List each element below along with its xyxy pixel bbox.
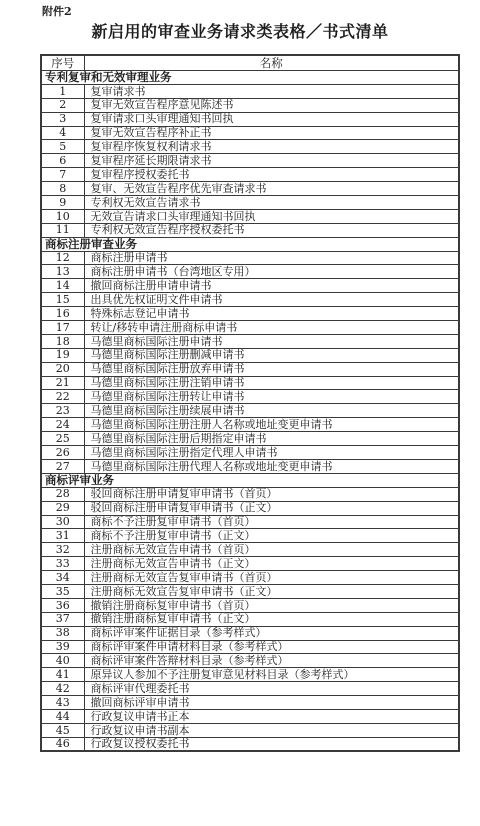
row-number: 13 xyxy=(41,265,84,279)
table-row: 18马德里商标国际注册申请书 xyxy=(41,334,459,348)
row-number: 6 xyxy=(41,154,84,168)
form-name: 商标不予注册复审申请书（首页） xyxy=(84,515,459,529)
row-number: 30 xyxy=(41,515,84,529)
table-row: 25马德里商标国际注册后期指定申请书 xyxy=(41,432,459,446)
table-row: 16特殊标志登记申请书 xyxy=(41,307,459,321)
table-row: 37撤销注册商标复审申请书（正文） xyxy=(41,612,459,626)
row-number: 35 xyxy=(41,584,84,598)
table-row: 3复审请求口头审理通知书回执 xyxy=(41,112,459,126)
row-number: 10 xyxy=(41,209,84,223)
table-row: 14撤回商标注册申请申请书 xyxy=(41,279,459,293)
form-name: 马德里商标国际注册删减申请书 xyxy=(84,348,459,362)
table-row: 1复审请求书 xyxy=(41,84,459,98)
table-row: 31商标不予注册复审申请书（正文） xyxy=(41,529,459,543)
row-number: 25 xyxy=(41,432,84,446)
table-row: 29驳回商标注册申请复审申请书（正文） xyxy=(41,501,459,515)
row-number: 37 xyxy=(41,612,84,626)
form-name: 驳回商标注册申请复审申请书（正文） xyxy=(84,501,459,515)
row-number: 24 xyxy=(41,418,84,432)
form-name: 复审程序恢复权利请求书 xyxy=(84,140,459,154)
row-number: 5 xyxy=(41,140,84,154)
row-number: 32 xyxy=(41,543,84,557)
form-name: 马德里商标国际注册代理人名称或地址变更申请书 xyxy=(84,459,459,473)
form-name: 复审请求书 xyxy=(84,84,459,98)
column-header-name: 名称 xyxy=(84,55,459,71)
table-row: 26马德里商标国际注册指定代理人申请书 xyxy=(41,446,459,460)
row-number: 20 xyxy=(41,362,84,376)
form-name: 复审程序授权委托书 xyxy=(84,168,459,182)
table-row: 10无效宣告请求口头审理通知书回执 xyxy=(41,209,459,223)
row-number: 44 xyxy=(41,709,84,723)
form-name: 无效宣告请求口头审理通知书回执 xyxy=(84,209,459,223)
table-row: 9专利权无效宣告请求书 xyxy=(41,196,459,210)
row-number: 21 xyxy=(41,376,84,390)
row-number: 12 xyxy=(41,251,84,265)
row-number: 29 xyxy=(41,501,84,515)
form-name: 复审无效宣告程序意见陈述书 xyxy=(84,98,459,112)
form-name: 商标评审案件申请材料目录（参考样式） xyxy=(84,640,459,654)
row-number: 33 xyxy=(41,557,84,571)
section-title: 专利复审和无效审理业务 xyxy=(41,71,459,85)
form-name: 行政复议申请书副本 xyxy=(84,723,459,737)
table-header-row: 序号 名称 xyxy=(41,55,459,71)
row-number: 1 xyxy=(41,84,84,98)
form-name: 专利权无效宣告程序授权委托书 xyxy=(84,223,459,237)
table-row: 5复审程序恢复权利请求书 xyxy=(41,140,459,154)
form-name: 撤回商标注册申请申请书 xyxy=(84,279,459,293)
table-row: 36撤销注册商标复审申请书（首页） xyxy=(41,598,459,612)
form-name: 马德里商标国际注册后期指定申请书 xyxy=(84,432,459,446)
form-name: 出具优先权证明文件申请书 xyxy=(84,293,459,307)
page-title: 新启用的审查业务请求类表格／书式清单 xyxy=(0,19,480,42)
row-number: 8 xyxy=(41,182,84,196)
row-number: 41 xyxy=(41,668,84,682)
row-number: 22 xyxy=(41,390,84,404)
section-title: 商标评审业务 xyxy=(41,473,459,487)
form-name: 马德里商标国际注册放弃申请书 xyxy=(84,362,459,376)
form-name: 商标评审案件证据目录（参考样式） xyxy=(84,626,459,640)
table-row: 2复审无效宣告程序意见陈述书 xyxy=(41,98,459,112)
table-row: 13商标注册申请书（台湾地区专用） xyxy=(41,265,459,279)
table-row: 35注册商标无效宣告复审申请书（正文） xyxy=(41,584,459,598)
form-name: 马德里商标国际注册申请书 xyxy=(84,334,459,348)
form-name: 复审请求口头审理通知书回执 xyxy=(84,112,459,126)
row-number: 43 xyxy=(41,696,84,710)
row-number: 31 xyxy=(41,529,84,543)
form-name: 行政复议授权委托书 xyxy=(84,737,459,751)
table-row: 44行政复议申请书正本 xyxy=(41,709,459,723)
section-title: 商标注册审查业务 xyxy=(41,237,459,251)
table-row: 17转让/移转申请注册商标申请书 xyxy=(41,321,459,335)
row-number: 19 xyxy=(41,348,84,362)
table-row: 6复审程序延长期限请求书 xyxy=(41,154,459,168)
form-name: 特殊标志登记申请书 xyxy=(84,307,459,321)
row-number: 14 xyxy=(41,279,84,293)
column-header-number: 序号 xyxy=(41,55,84,71)
form-name: 行政复议申请书正本 xyxy=(84,709,459,723)
table-row: 11专利权无效宣告程序授权委托书 xyxy=(41,223,459,237)
row-number: 34 xyxy=(41,571,84,585)
form-name: 马德里商标国际注册指定代理人申请书 xyxy=(84,446,459,460)
row-number: 9 xyxy=(41,196,84,210)
form-name: 注册商标无效宣告复审申请书（正文） xyxy=(84,584,459,598)
form-name: 复审、无效宣告程序优先审查请求书 xyxy=(84,182,459,196)
row-number: 16 xyxy=(41,307,84,321)
table-row: 19马德里商标国际注册删减申请书 xyxy=(41,348,459,362)
table-row: 20马德里商标国际注册放弃申请书 xyxy=(41,362,459,376)
section-header-row: 专利复审和无效审理业务 xyxy=(41,71,459,85)
form-list-table: 序号 名称 专利复审和无效审理业务1复审请求书2复审无效宣告程序意见陈述书3复审… xyxy=(40,54,460,752)
row-number: 39 xyxy=(41,640,84,654)
table-row: 45行政复议申请书副本 xyxy=(41,723,459,737)
row-number: 40 xyxy=(41,654,84,668)
form-name: 注册商标无效宣告申请书（首页） xyxy=(84,543,459,557)
table-row: 32注册商标无效宣告申请书（首页） xyxy=(41,543,459,557)
form-name: 撤销注册商标复审申请书（正文） xyxy=(84,612,459,626)
form-name: 商标不予注册复审申请书（正文） xyxy=(84,529,459,543)
attachment-label: 附件2 xyxy=(42,3,72,19)
form-name: 马德里商标国际注册续展申请书 xyxy=(84,404,459,418)
table-row: 30商标不予注册复审申请书（首页） xyxy=(41,515,459,529)
form-name: 商标评审代理委托书 xyxy=(84,682,459,696)
row-number: 2 xyxy=(41,98,84,112)
form-name: 驳回商标注册申请复审申请书（首页） xyxy=(84,487,459,501)
table-row: 33注册商标无效宣告申请书（正文） xyxy=(41,557,459,571)
table-row: 28驳回商标注册申请复审申请书（首页） xyxy=(41,487,459,501)
section-header-row: 商标评审业务 xyxy=(41,473,459,487)
row-number: 3 xyxy=(41,112,84,126)
form-name: 原异议人参加不予注册复审意见材料目录（参考样式） xyxy=(84,668,459,682)
form-name: 商标评审案件答辩材料目录（参考样式） xyxy=(84,654,459,668)
table-row: 12商标注册申请书 xyxy=(41,251,459,265)
row-number: 45 xyxy=(41,723,84,737)
table-row: 41原异议人参加不予注册复审意见材料目录（参考样式） xyxy=(41,668,459,682)
row-number: 17 xyxy=(41,321,84,335)
row-number: 7 xyxy=(41,168,84,182)
table-row: 46行政复议授权委托书 xyxy=(41,737,459,751)
row-number: 4 xyxy=(41,126,84,140)
form-name: 商标注册申请书（台湾地区专用） xyxy=(84,265,459,279)
section-header-row: 商标注册审查业务 xyxy=(41,237,459,251)
row-number: 15 xyxy=(41,293,84,307)
table-row: 22马德里商标国际注册转让申请书 xyxy=(41,390,459,404)
table-row: 4复审无效宣告程序补正书 xyxy=(41,126,459,140)
form-name: 注册商标无效宣告复审申请书（首页） xyxy=(84,571,459,585)
row-number: 18 xyxy=(41,334,84,348)
row-number: 26 xyxy=(41,446,84,460)
row-number: 28 xyxy=(41,487,84,501)
table-row: 8复审、无效宣告程序优先审查请求书 xyxy=(41,182,459,196)
row-number: 11 xyxy=(41,223,84,237)
table-row: 24马德里商标国际注册注册人名称或地址变更申请书 xyxy=(41,418,459,432)
form-name: 注册商标无效宣告申请书（正文） xyxy=(84,557,459,571)
form-name: 复审程序延长期限请求书 xyxy=(84,154,459,168)
row-number: 42 xyxy=(41,682,84,696)
document-page: 附件2 新启用的审查业务请求类表格／书式清单 序号 名称 专利复审和无效审理业务… xyxy=(0,0,480,826)
row-number: 27 xyxy=(41,459,84,473)
form-table-body: 专利复审和无效审理业务1复审请求书2复审无效宣告程序意见陈述书3复审请求口头审理… xyxy=(41,71,459,752)
row-number: 23 xyxy=(41,404,84,418)
table-row: 38商标评审案件证据目录（参考样式） xyxy=(41,626,459,640)
row-number: 36 xyxy=(41,598,84,612)
table-row: 42商标评审代理委托书 xyxy=(41,682,459,696)
table-row: 40商标评审案件答辩材料目录（参考样式） xyxy=(41,654,459,668)
table-row: 34注册商标无效宣告复审申请书（首页） xyxy=(41,571,459,585)
table-row: 7复审程序授权委托书 xyxy=(41,168,459,182)
form-name: 马德里商标国际注册注销申请书 xyxy=(84,376,459,390)
form-name: 专利权无效宣告请求书 xyxy=(84,196,459,210)
table-row: 27马德里商标国际注册代理人名称或地址变更申请书 xyxy=(41,459,459,473)
form-name: 马德里商标国际注册注册人名称或地址变更申请书 xyxy=(84,418,459,432)
form-name: 商标注册申请书 xyxy=(84,251,459,265)
form-name: 复审无效宣告程序补正书 xyxy=(84,126,459,140)
form-name: 转让/移转申请注册商标申请书 xyxy=(84,321,459,335)
table-row: 23马德里商标国际注册续展申请书 xyxy=(41,404,459,418)
form-name: 马德里商标国际注册转让申请书 xyxy=(84,390,459,404)
table-row: 15出具优先权证明文件申请书 xyxy=(41,293,459,307)
row-number: 38 xyxy=(41,626,84,640)
form-name: 撤回商标评审申请书 xyxy=(84,696,459,710)
table-row: 21马德里商标国际注册注销申请书 xyxy=(41,376,459,390)
row-number: 46 xyxy=(41,737,84,751)
form-name: 撤销注册商标复审申请书（首页） xyxy=(84,598,459,612)
table-row: 43撤回商标评审申请书 xyxy=(41,696,459,710)
table-row: 39商标评审案件申请材料目录（参考样式） xyxy=(41,640,459,654)
